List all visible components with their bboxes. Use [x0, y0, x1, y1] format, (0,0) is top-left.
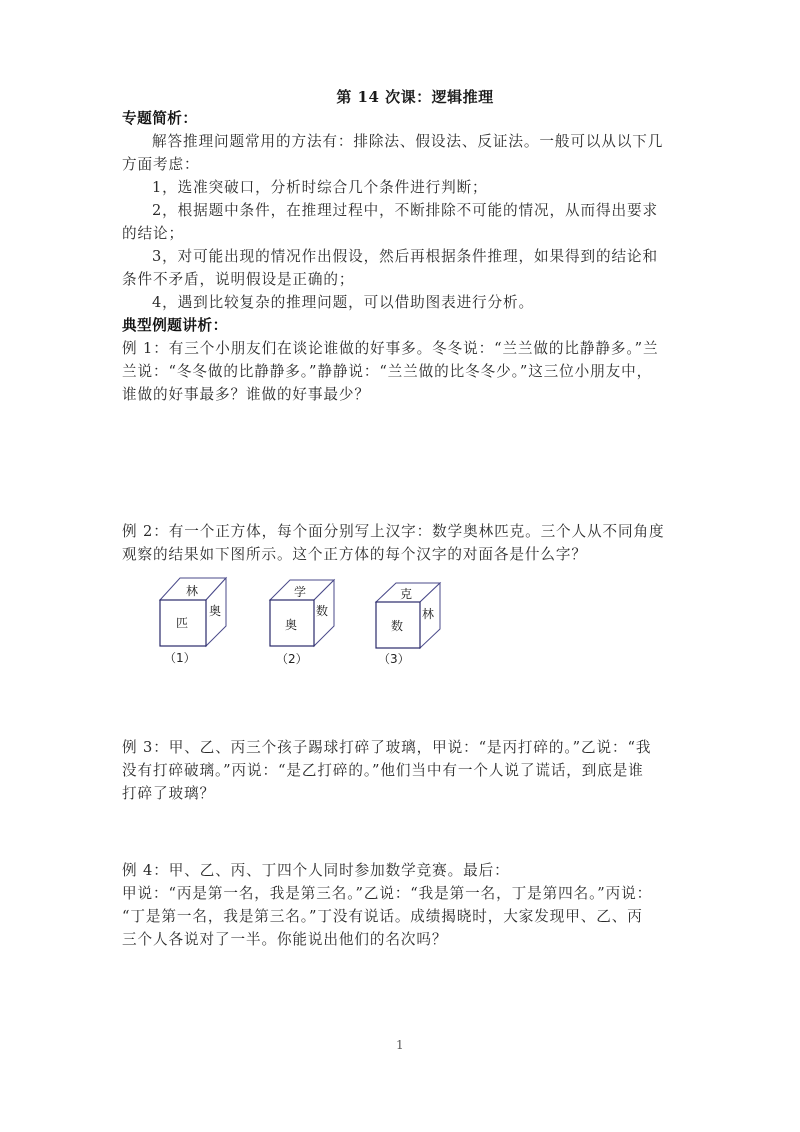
- example-1-line: 兰说：“冬冬做的比静静多。”静静说：“兰兰做的比冬冬少。”这三位小朋友中，: [122, 361, 652, 383]
- intro-paragraph-line: 解答推理问题常用的方法有：排除法、假设法、反证法。一般可以从以下几: [152, 131, 663, 153]
- cube-figure-2: 学 奥 数 （2）: [270, 580, 340, 654]
- example-1-line: 例 1：有三个小朋友们在谈论谁做的好事多。冬冬说：“兰兰做的比静静多。”兰: [122, 338, 658, 360]
- example-3-line: 例 3：甲、乙、丙三个孩子踢球打碎了玻璃，甲说：“是丙打碎的。”乙说：“我: [122, 737, 651, 759]
- cube-1-front-face: 匹: [176, 614, 188, 631]
- intro-point-1: 1，选准突破口，分析时综合几个条件进行判断；: [152, 177, 488, 199]
- page-number: 1: [396, 1038, 404, 1052]
- cube-2-label: （2）: [276, 650, 308, 667]
- cube-1-top-face: 林: [186, 582, 198, 599]
- cube-2-top-face: 学: [294, 583, 306, 600]
- cube-figure-1: 林 匹 奥 （1）: [160, 578, 230, 652]
- example-4-line: 甲说：“丙是第一名，我是第三名。”乙说：“我是第一名，丁是第四名。”丙说：: [122, 883, 652, 905]
- cube-3-top-face: 克: [400, 585, 412, 602]
- cube-3-label: （3）: [378, 650, 410, 667]
- page-title: 第 14 次课：逻辑推理: [0, 86, 800, 107]
- cube-3-side-face: 林: [422, 605, 434, 622]
- example-4-line: 三个人各说对了一半。你能说出他们的名次吗？: [122, 929, 447, 951]
- section-heading-intro: 专题简析：: [122, 108, 197, 130]
- cube-3-front-face: 数: [391, 617, 403, 634]
- document-page: 第 14 次课：逻辑推理 专题简析： 解答推理问题常用的方法有：排除法、假设法、…: [0, 0, 800, 1132]
- example-3-line: 打碎了玻璃？: [122, 783, 215, 805]
- example-2-line: 观察的结果如下图所示。这个正方体的每个汉字的对面各是什么字？: [122, 544, 587, 566]
- cube-figure-3: 克 数 林 （3）: [376, 583, 446, 657]
- example-3-line: 没有打碎破璃。”丙说：“是乙打碎的。”他们当中有一个人说了谎话，到底是谁: [122, 760, 644, 782]
- example-1-line: 谁做的好事最多？谁做的好事最少？: [122, 384, 370, 406]
- cube-1-side-face: 奥: [209, 602, 221, 619]
- example-4-line: 例 4：甲、乙、丙、丁四个人同时参加数学竞赛。最后：: [122, 860, 510, 882]
- intro-point-2: 2，根据题中条件，在推理过程中，不断排除不可能的情况，从而得出要求: [152, 200, 658, 222]
- intro-point-2-cont: 的结论；: [122, 223, 184, 245]
- cube-2-front-face: 奥: [285, 616, 297, 633]
- section-heading-examples: 典型例题讲析：: [122, 315, 228, 337]
- cube-2-side-face: 数: [316, 602, 328, 619]
- example-2-line: 例 2：有一个正方体，每个面分别写上汉字：数学奥林匹克。三个人从不同角度: [122, 521, 665, 543]
- intro-point-3-cont: 条件不矛盾，说明假设是正确的；: [122, 269, 354, 291]
- example-4-line: “丁是第一名，我是第三名。”丁没有说话。成绩揭晓时，大家发现甲、乙、丙: [122, 906, 643, 928]
- intro-point-4: 4，遇到比较复杂的推理问题，可以借助图表进行分析。: [152, 292, 534, 314]
- intro-paragraph-line: 方面考虑：: [122, 154, 199, 176]
- intro-point-3: 3，对可能出现的情况作出假设，然后再根据条件推理，如果得到的结论和: [152, 246, 658, 268]
- cube-1-label: （1）: [164, 649, 196, 666]
